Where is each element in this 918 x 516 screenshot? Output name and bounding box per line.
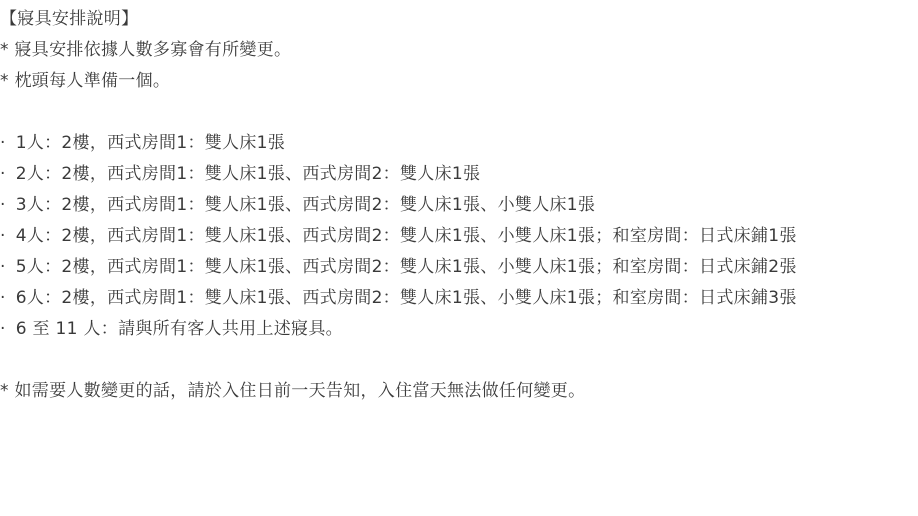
arrangement-text: 6人：2樓，西式房間1：雙人床1張、西式房間2：雙人床1張、小雙人床1張；和室房… [10, 288, 797, 308]
arrangement-item-4-person: · 4人：2樓，西式房間1：雙人床1張、西式房間2：雙人床1張、小雙人床1張；和… [0, 221, 905, 252]
bullet-dot: · [0, 190, 10, 221]
arrangement-text: 3人：2樓，西式房間1：雙人床1張、西式房間2：雙人床1張、小雙人床1張 [10, 195, 595, 215]
document-title: 【寢具安排說明】 [0, 4, 918, 35]
bullet-dot: · [0, 128, 10, 159]
arrangement-text: 4人：2樓，西式房間1：雙人床1張、西式房間2：雙人床1張、小雙人床1張；和室房… [10, 226, 797, 246]
arrangement-item-1-person: · 1人：2樓，西式房間1：雙人床1張 [0, 128, 918, 159]
bullet-dot: · [0, 252, 10, 283]
bullet-dot: · [0, 221, 10, 252]
bullet-dot: · [0, 283, 10, 314]
arrangement-item-5-person: · 5人：2樓，西式房間1：雙人床1張、西式房間2：雙人床1張、小雙人床1張；和… [0, 252, 905, 283]
arrangement-item-2-person: · 2人：2樓，西式房間1：雙人床1張、西式房間2：雙人床1張 [0, 159, 918, 190]
arrangement-text: 2人：2樓，西式房間1：雙人床1張、西式房間2：雙人床1張 [10, 164, 480, 184]
spacer [0, 97, 918, 128]
bedding-arrangement-document: 【寢具安排說明】 * 寢具安排依據人數多寡會有所變更。 * 枕頭每人準備一個。 … [0, 4, 918, 407]
note-pillow-per-person: * 枕頭每人準備一個。 [0, 66, 918, 97]
arrangement-item-6-person: · 6人：2樓，西式房間1：雙人床1張、西式房間2：雙人床1張、小雙人床1張；和… [0, 283, 905, 314]
arrangement-text: 6 至 11 人：請與所有客人共用上述寢具。 [10, 319, 343, 339]
spacer [0, 345, 918, 376]
bullet-dot: · [0, 314, 10, 345]
note-bedding-varies: * 寢具安排依據人數多寡會有所變更。 [0, 35, 918, 66]
arrangement-item-3-person: · 3人：2樓，西式房間1：雙人床1張、西式房間2：雙人床1張、小雙人床1張 [0, 190, 918, 221]
arrangement-text: 5人：2樓，西式房間1：雙人床1張、西式房間2：雙人床1張、小雙人床1張；和室房… [10, 257, 797, 277]
arrangement-item-6-to-11-person: · 6 至 11 人：請與所有客人共用上述寢具。 [0, 314, 918, 345]
bullet-dot: · [0, 159, 10, 190]
arrangement-text: 1人：2樓，西式房間1：雙人床1張 [10, 133, 285, 153]
note-change-deadline: * 如需要人數變更的話，請於入住日前一天告知，入住當天無法做任何變更。 [0, 376, 918, 407]
